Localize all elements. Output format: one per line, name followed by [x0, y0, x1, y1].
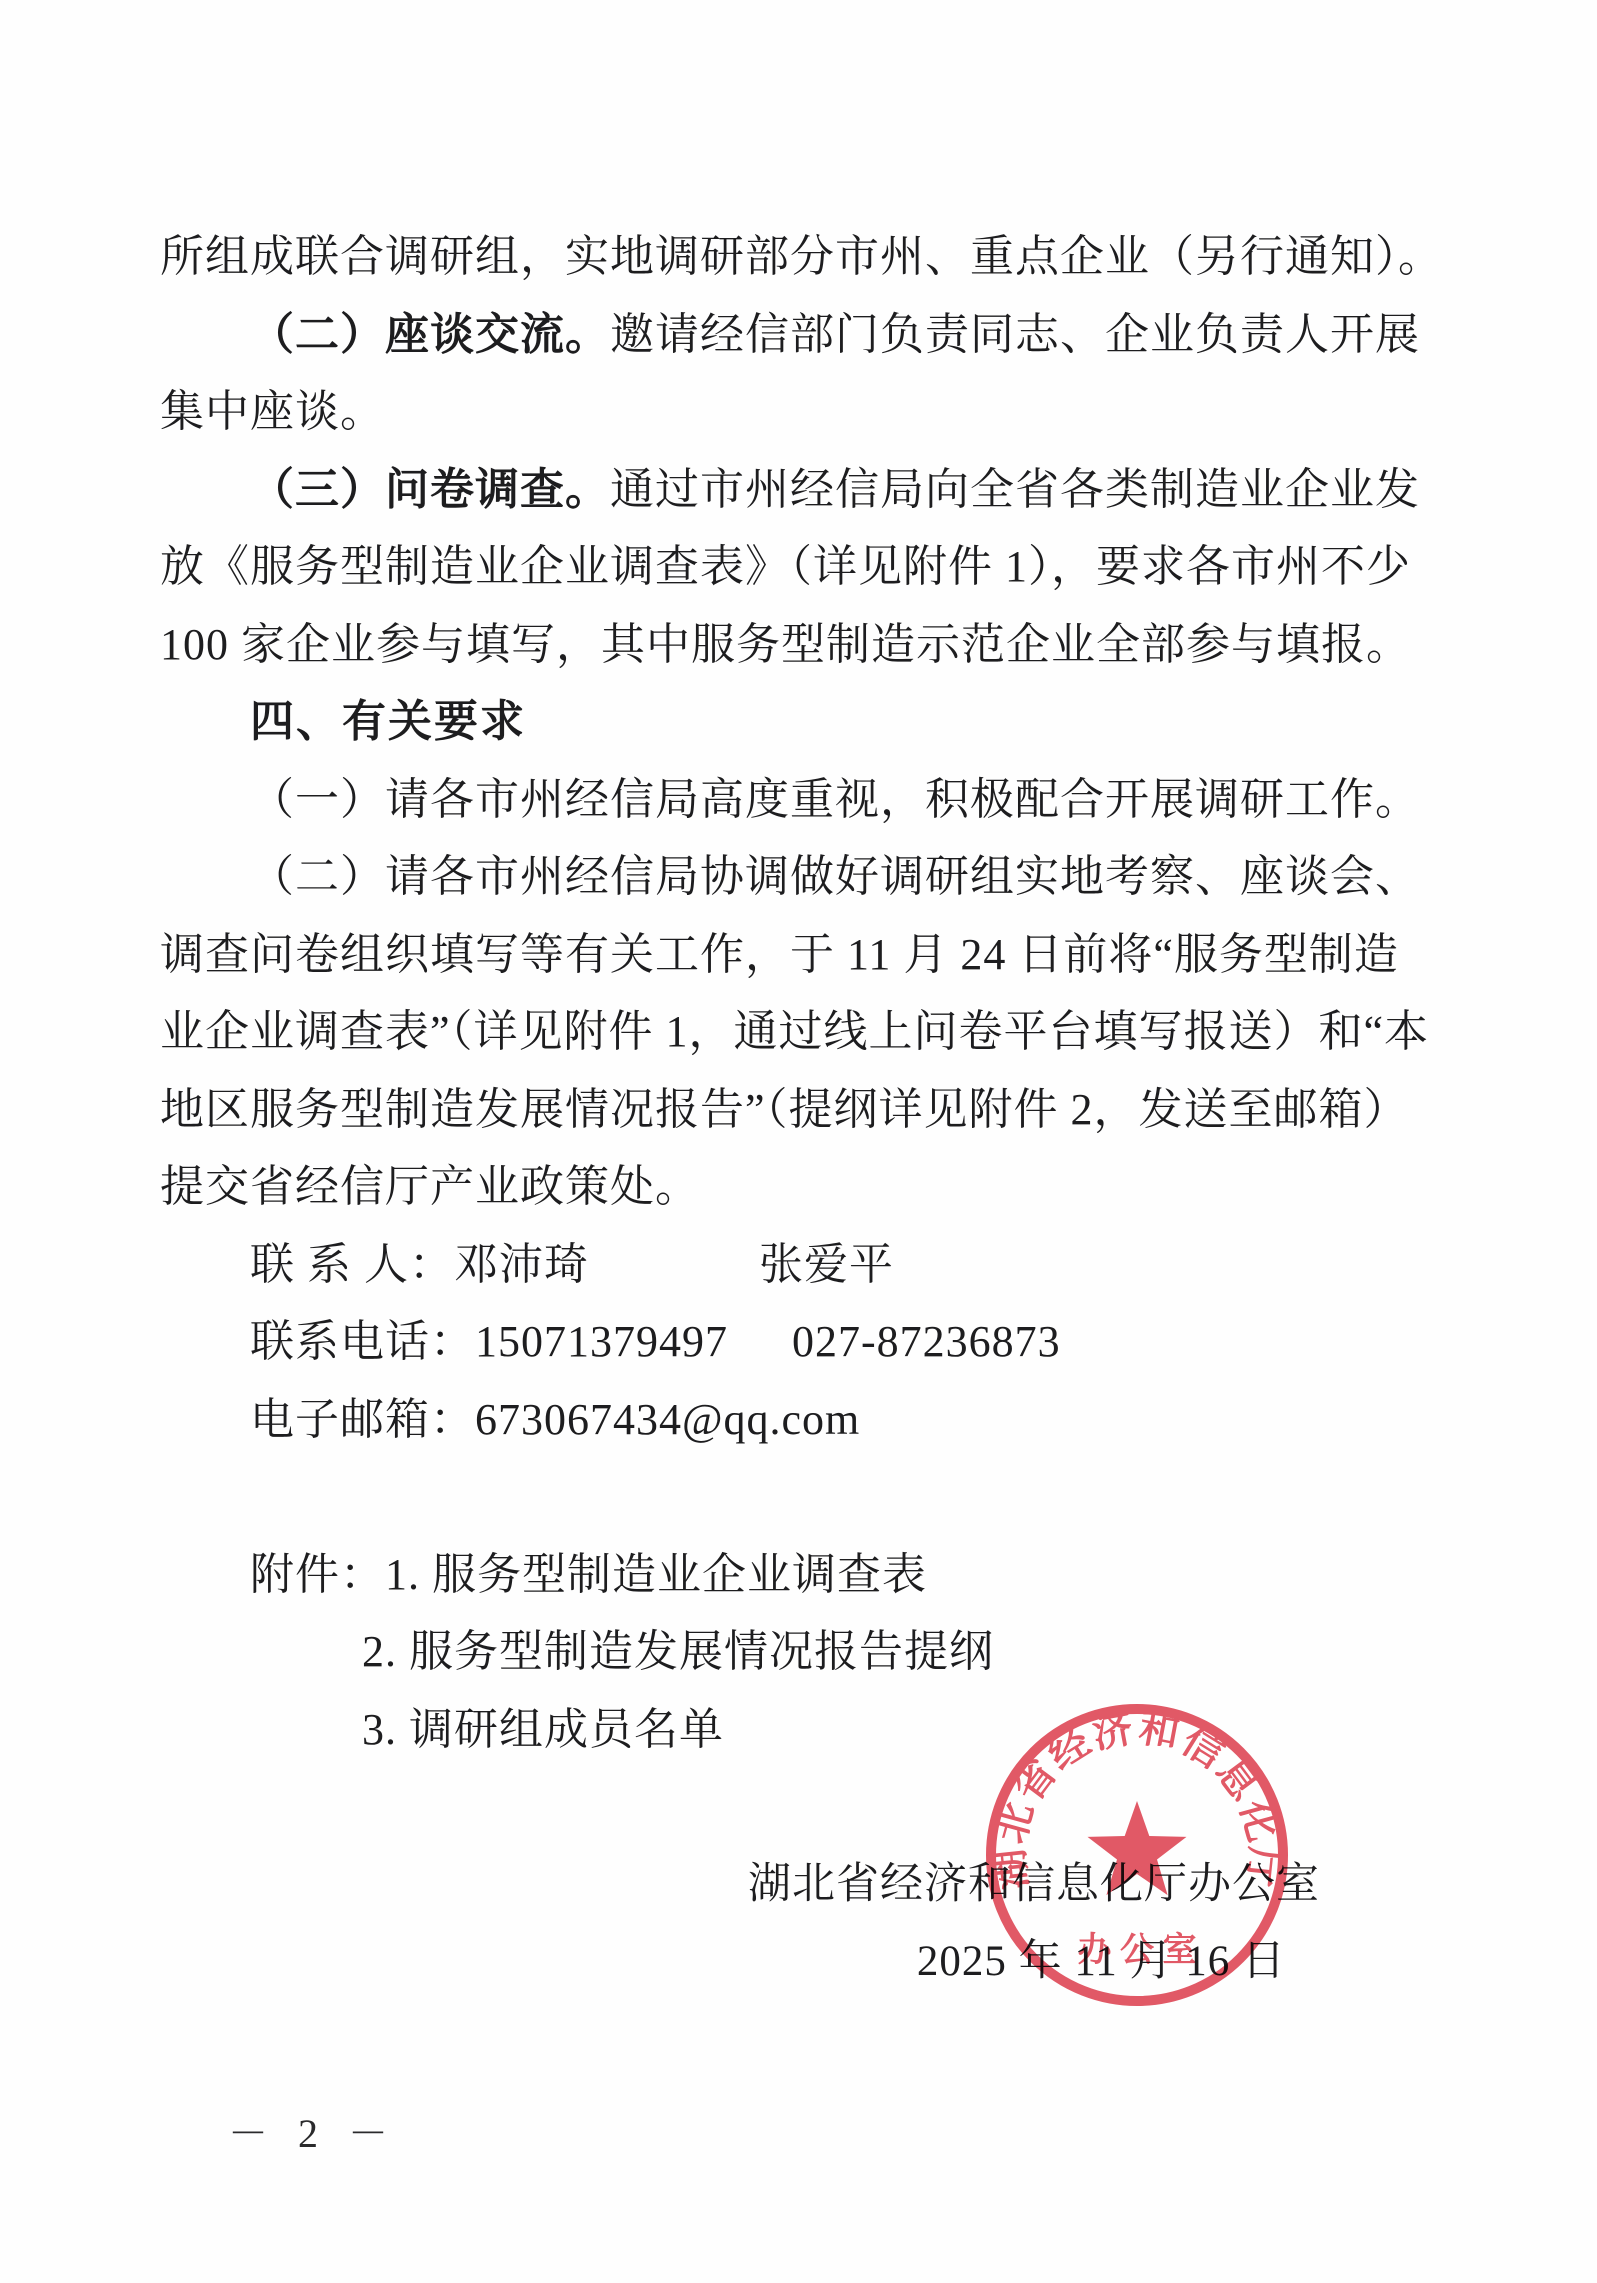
attachments-label: 附件：: [250, 1550, 385, 1599]
paragraph-line: （三）问卷调查。通过市州经信局向全省各类制造业企业发: [160, 451, 1438, 529]
paragraph-line: 放《服务型制造业企业调查表》（详见附件 1），要求各市州不少: [160, 528, 1438, 606]
contact-phone-row: 联系电话：15071379497027-87236873: [160, 1303, 1438, 1381]
paragraph-line: 集中座谈。: [160, 373, 1438, 451]
document-page: 所组成联合调研组，实地调研部分市州、重点企业（另行通知）。 （二）座谈交流。邀请…: [0, 0, 1597, 2283]
attachment-item-2: 2. 服务型制造发展情况报告提纲: [362, 1627, 994, 1676]
attachment-row-2: 2. 服务型制造发展情况报告提纲: [160, 1613, 1438, 1691]
contact-email-value: 673067434@qq.com: [475, 1395, 860, 1444]
item-2-label: （二）座谈交流。: [250, 310, 610, 359]
attachment-item-3: 3. 调研组成员名单: [362, 1705, 724, 1754]
page-number: － 2 －: [228, 2102, 398, 2159]
contact-email-row: 电子邮箱：673067434@qq.com: [160, 1381, 1438, 1459]
paragraph-line: （二）座谈交流。邀请经信部门负责同志、企业负责人开展: [160, 296, 1438, 374]
paragraph-line: 调查问卷组织填写等有关工作，于 11 月 24 日前将“服务型制造: [160, 916, 1438, 994]
item-2-text: 邀请经信部门负责同志、企业负责人开展: [610, 310, 1420, 359]
paragraph-line: 提交省经信厅产业政策处。: [160, 1148, 1438, 1226]
attachment-row-1: 附件：1. 服务型制造业企业调查表: [160, 1536, 1438, 1614]
contact-email-label: 电子邮箱：: [250, 1395, 475, 1444]
attachment-item-1: 1. 服务型制造业企业调查表: [385, 1550, 927, 1599]
contact-phone-2: 027-87236873: [792, 1317, 1061, 1366]
paragraph-line: （一）请各市州经信局高度重视，积极配合开展调研工作。: [160, 761, 1438, 839]
paragraph-line: 所组成联合调研组，实地调研部分市州、重点企业（另行通知）。: [160, 218, 1438, 296]
blank-line: [160, 1458, 1438, 1536]
paragraph-line: 100 家企业参与填写，其中服务型制造示范企业全部参与填报。: [160, 606, 1438, 684]
contact-person-label: 联 系 人：: [250, 1240, 454, 1289]
item-3-text: 通过市州经信局向全省各类制造业企业发: [610, 465, 1420, 514]
contact-person-row: 联 系 人：邓沛琦张爱平: [160, 1226, 1438, 1304]
paragraph-line: 业企业调查表”（详见附件 1，通过线上问卷平台填写报送）和“本: [160, 993, 1438, 1071]
contact-person-name-2: 张爱平: [759, 1240, 894, 1289]
section-heading: 四、有关要求: [160, 683, 1438, 761]
paragraph-line: 地区服务型制造发展情况报告”（提纲详见附件 2，发送至邮箱）: [160, 1071, 1438, 1149]
official-seal-stamp: 湖北省经济和信息化厅 办 公 室: [985, 1703, 1289, 2007]
contact-phone-label: 联系电话：: [250, 1317, 475, 1366]
paragraph-line: （二）请各市州经信局协调做好调研组实地考察、座谈会、: [160, 838, 1438, 916]
star-icon: [1088, 1801, 1187, 1895]
seal-bottom-text: 办 公 室: [1078, 1931, 1197, 1969]
item-3-label: （三）问卷调查。: [250, 465, 610, 514]
contact-person-name-1: 邓沛琦: [454, 1240, 589, 1289]
contact-phone-1: 15071379497: [475, 1317, 728, 1366]
